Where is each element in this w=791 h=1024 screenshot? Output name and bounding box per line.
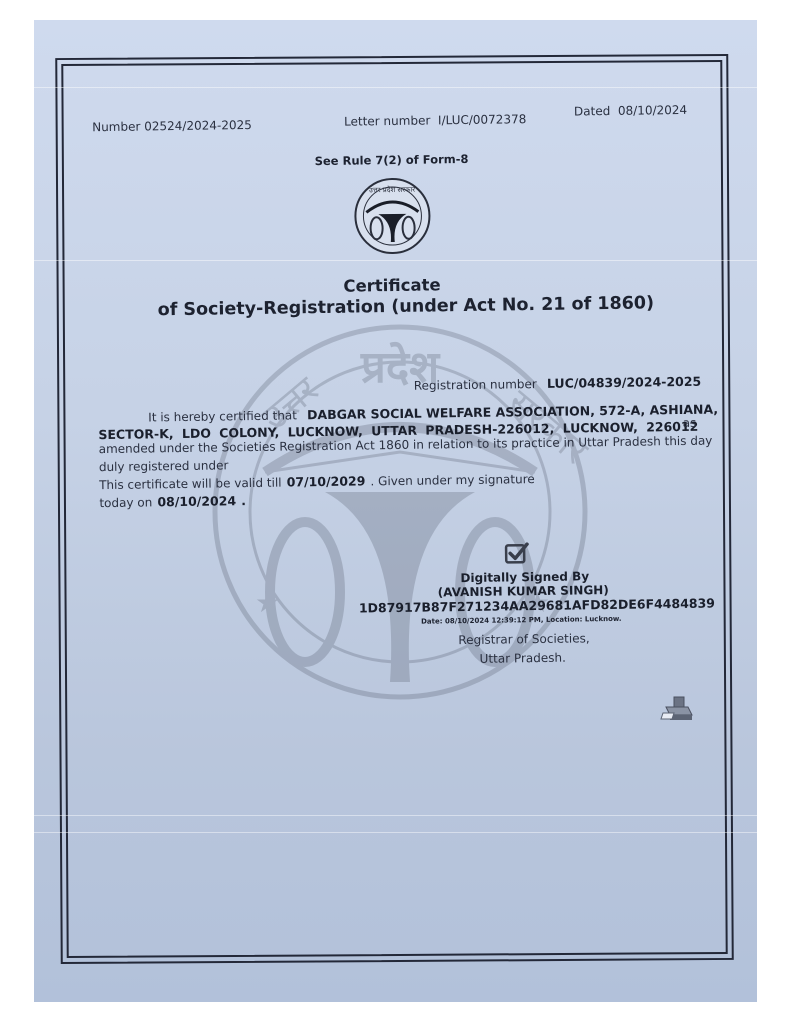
registrar-designation: Registrar of Societies, bbox=[458, 631, 589, 647]
dated-field: Dated 08/10/2024 bbox=[574, 103, 687, 119]
registrar-state: Uttar Pradesh. bbox=[480, 651, 566, 666]
scan-artifact bbox=[34, 832, 757, 833]
svg-text:उत्तर प्रदेश सरकार: उत्तर प्रदेश सरकार bbox=[369, 185, 415, 195]
number-field: Number 02524/2024-2025 bbox=[92, 118, 252, 134]
number-label: Number bbox=[92, 120, 140, 135]
letter-number-value: I/LUC/0072378 bbox=[438, 112, 527, 127]
scan-artifact bbox=[34, 87, 757, 88]
issue-date-prefix: today on bbox=[99, 495, 152, 510]
registration-number-value: LUC/04839/2024-2025 bbox=[547, 374, 701, 391]
letter-number-field: Letter number I/LUC/0072378 bbox=[344, 112, 526, 129]
issue-date-value: 08/10/2024 bbox=[157, 493, 236, 509]
valid-till-date: 07/10/2029 bbox=[287, 473, 366, 489]
dated-label: Dated bbox=[574, 104, 611, 119]
registration-number-label: Registration number bbox=[414, 377, 537, 393]
rule-reference: See Rule 7(2) of Form-8 bbox=[315, 152, 469, 168]
checkbox-checked-icon bbox=[504, 541, 530, 565]
signature-date-location: Date: 08/10/2024 12:39:12 PM, Location: … bbox=[421, 615, 622, 626]
scan-artifact bbox=[34, 260, 757, 261]
certificate-title: Certificate bbox=[343, 275, 440, 295]
uttar-pradesh-emblem-icon: उत्तर प्रदेश सरकार bbox=[352, 175, 433, 256]
as-word: as bbox=[683, 416, 697, 430]
registration-number-field: Registration number LUC/04839/2024-2025 bbox=[414, 371, 702, 394]
signature-hash: 1D87917B87F271234AA29681AFD82DE6F4484839 bbox=[359, 596, 715, 616]
certificate-content: Number 02524/2024-2025 Letter number I/L… bbox=[0, 0, 791, 1024]
number-value: 02524/2024-2025 bbox=[144, 118, 252, 134]
printer-icon[interactable] bbox=[660, 695, 694, 723]
scan-artifact bbox=[34, 815, 757, 816]
issue-date-line: today on 08/10/2024 . bbox=[99, 490, 246, 511]
letter-number-label: Letter number bbox=[344, 113, 430, 128]
validity-prefix: This certificate will be valid till bbox=[99, 476, 282, 493]
issue-date-suffix: . bbox=[241, 493, 246, 508]
dated-value: 08/10/2024 bbox=[618, 103, 687, 118]
validity-suffix: . Given under my signature bbox=[370, 472, 534, 488]
certificate-subtitle: of Society-Registration (under Act No. 2… bbox=[158, 293, 655, 320]
